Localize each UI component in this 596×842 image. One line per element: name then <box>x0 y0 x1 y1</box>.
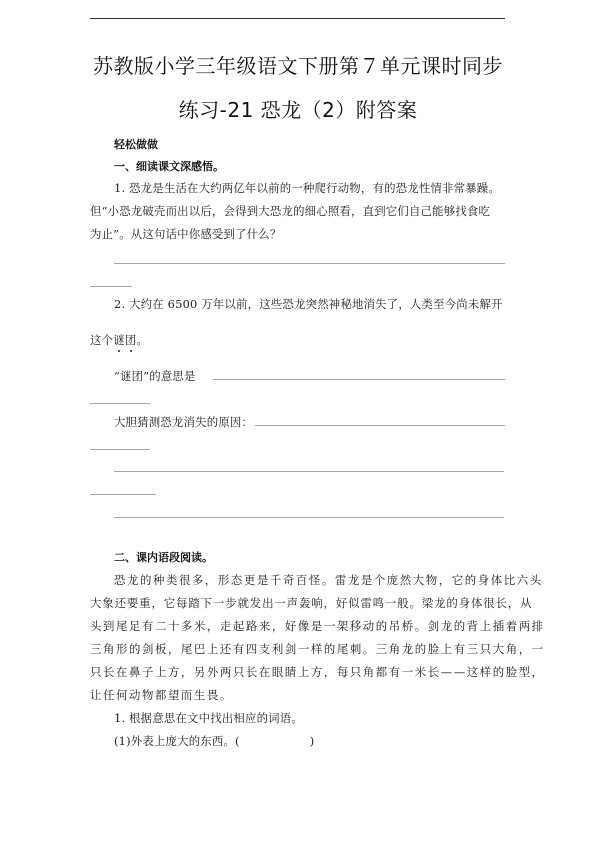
q2-line-1: 2. 大约在 6500 万年以前，这些恐龙突然神秘地消失了，人类至今尚未解开 <box>114 296 503 312</box>
page-title-line-2: 练习-21 恐龙（2）附答案 <box>0 94 596 123</box>
s2-q1-sub1: (1)外表上庞大的东西。() <box>114 733 314 749</box>
q2-line-2: 这个谜团。 <box>90 332 148 348</box>
meaning-prompt: “谜团”的意思是 <box>114 368 196 384</box>
guess-answer-line-3[interactable] <box>114 517 504 518</box>
subtitle: 轻松做做 <box>114 136 158 152</box>
passage-line-4: 三角形的剑板，尾巴上还有四支利剑一样的尾刺。三角龙的脸上有三只大角，一 <box>90 641 545 657</box>
emphasis-char: 团 <box>125 332 137 348</box>
guess-answer-line-2-end[interactable] <box>90 494 156 495</box>
s2-q1-label: 1. 根据意思在文中找出相应的词语。 <box>114 710 303 726</box>
q2-line-2-suffix: 。 <box>136 333 148 347</box>
q1-line-2: 但“小恐龙破壳而出以后，会得到大恐龙的细心照看，直到它们自己能够找食吃 <box>90 203 490 219</box>
emphasis-char: 谜 <box>113 332 125 348</box>
q1-line-1: 1. 恐龙是生活在大约两亿年以前的一种爬行动物，有的恐龙性情非常暴躁。 <box>114 180 500 196</box>
page-title-line-1: 苏教版小学三年级语文下册第７单元课时同步 <box>0 50 596 79</box>
section-2-heading: 二、课内语段阅读。 <box>114 549 213 565</box>
q1-line-3: 为止”。从这句话中你感受到了什么？ <box>90 226 281 242</box>
meaning-answer-line[interactable] <box>213 379 505 380</box>
section-1-heading: 一、细读课文深感悟。 <box>114 158 224 174</box>
s2-q1-sub1-close: ) <box>310 734 315 748</box>
guess-prompt: 大胆猜测恐龙消失的原因： <box>114 414 253 430</box>
s2-q1-sub1-text: (1)外表上庞大的东西。( <box>114 734 240 748</box>
guess-answer-line-end[interactable] <box>90 449 150 450</box>
meaning-answer-line-end[interactable] <box>90 403 150 404</box>
passage-line-5: 只长在鼻子上方，另外两只长在眼睛上方，每只角都有一米长——这样的脸型， <box>90 664 545 680</box>
guess-answer-line[interactable] <box>255 425 505 426</box>
passage-line-3: 头到尾足有二十多米，走起路来，好像是一架移动的吊桥。剑龙的背上插着两排 <box>90 618 545 634</box>
q2-line-2-prefix: 这个 <box>90 333 113 347</box>
header-rule <box>90 18 505 19</box>
guess-answer-line-2[interactable] <box>114 471 504 472</box>
q1-answer-line-end[interactable] <box>90 286 132 287</box>
passage-line-1: 恐龙的种类很多，形态更是千奇百怪。雷龙是个庞然大物，它的身体比六头 <box>114 572 543 588</box>
passage-line-6: 让任何动物都望而生畏。 <box>90 687 233 703</box>
passage-line-2: 大象还要重，它每踏下一步就发出一声轰响，好似雷鸣一般。梁龙的身体很长，从 <box>90 595 532 611</box>
q1-answer-line[interactable] <box>114 263 505 264</box>
